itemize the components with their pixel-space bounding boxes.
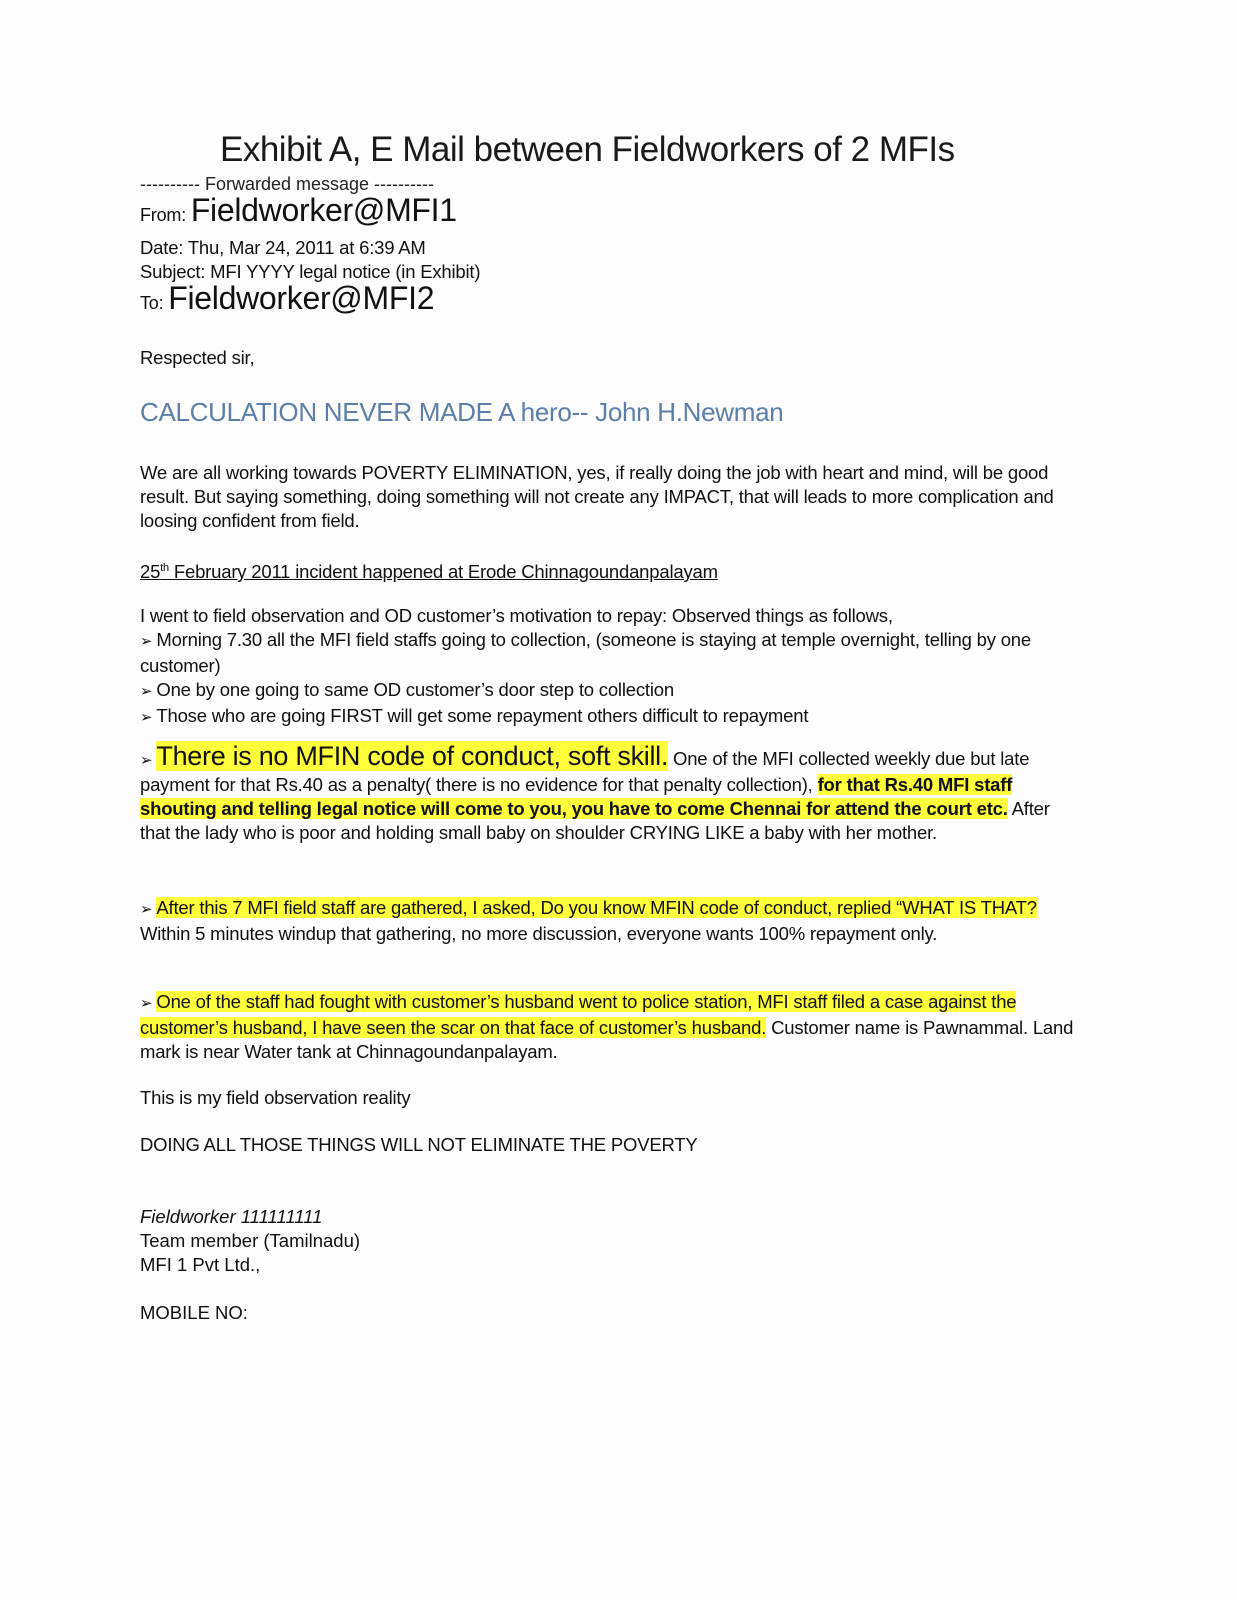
date-line: Date: Thu, Mar 24, 2011 at 6:39 AM: [140, 236, 426, 260]
signature-company: MFI 1 Pvt Ltd.,: [140, 1253, 260, 1277]
signature-role: Team member (Tamilnadu): [140, 1229, 360, 1253]
arrow-bullet-icon: ➢: [140, 995, 152, 1012]
arrow-bullet-icon: ➢: [140, 683, 152, 700]
to-line: To: Fieldworker@MFI2: [140, 286, 434, 315]
from-label: From:: [140, 205, 186, 225]
point-no-code-of-conduct: ➢There is no MFIN code of conduct, soft …: [140, 744, 1080, 845]
list-item: ➢One by one going to same OD customer’s …: [140, 678, 1080, 704]
incident-heading: 25th February 2011 incident happened at …: [140, 556, 1080, 584]
point-police-case: ➢One of the staff had fought with custom…: [140, 990, 1080, 1064]
arrow-bullet-icon: ➢: [140, 633, 152, 650]
intro-paragraph: We are all working towards POVERTY ELIMI…: [140, 461, 1080, 533]
reality-statement: This is my field observation reality: [140, 1086, 1080, 1110]
from-address: Fieldworker@MFI1: [191, 192, 457, 228]
closing-statement: DOING ALL THOSE THINGS WILL NOT ELIMINAT…: [140, 1133, 1080, 1157]
highlighted-text: After this 7 MFI field staff are gathere…: [156, 897, 1036, 918]
arrow-bullet-icon: ➢: [140, 709, 152, 726]
highlighted-headline: There is no MFIN code of conduct, soft s…: [156, 741, 668, 771]
observation-intro: I went to field observation and OD custo…: [140, 604, 1080, 628]
to-address: Fieldworker@MFI2: [168, 280, 434, 316]
greeting: Respected sir,: [140, 346, 254, 370]
arrow-bullet-icon: ➢: [140, 901, 152, 918]
page-title: Exhibit A, E Mail between Fieldworkers o…: [220, 130, 955, 170]
list-item: ➢Those who are going FIRST will get some…: [140, 704, 1080, 730]
signature-name: Fieldworker 111111111: [140, 1205, 322, 1229]
observation-list: I went to field observation and OD custo…: [140, 604, 1080, 730]
quote: CALCULATION NEVER MADE A hero-- John H.N…: [140, 397, 783, 427]
to-label: To:: [140, 293, 163, 313]
list-item: ➢Morning 7.30 all the MFI field staffs g…: [140, 628, 1080, 678]
point-staff-gathered: ➢After this 7 MFI field staff are gather…: [140, 896, 1080, 946]
signature-mobile: MOBILE NO:: [140, 1301, 248, 1325]
from-line: From: Fieldworker@MFI1: [140, 198, 457, 227]
arrow-bullet-icon: ➢: [140, 752, 152, 769]
